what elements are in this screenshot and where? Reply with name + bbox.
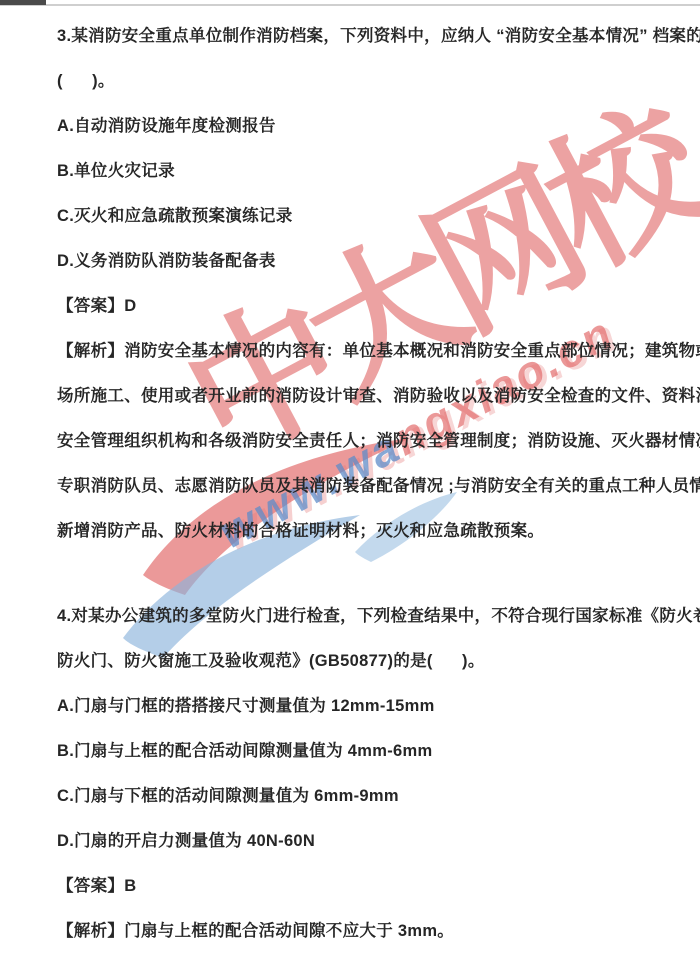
analysis-line: 【解析】消防安全基本情况的内容有：单位基本概况和消防安全重点部位情况；建筑物或者 (57, 329, 670, 374)
option-line: B.门扇与上框的配合活动间隙测量值为 4mm-6mm (57, 729, 670, 774)
document-content: 3.某消防安全重点单位制作消防档案，下列资料中，应纳人 “消防安全基本情况” 档… (0, 0, 700, 954)
analysis-line: 新增消防产品、防火材料的合格证明材料；灭火和应急疏散预案。 (57, 509, 670, 554)
option-line: D.义务消防队消防装备配备表 (57, 239, 670, 284)
analysis-line: 【解析】门扇与上框的配合活动间隙不应大于 3mm。 (57, 909, 670, 954)
answer-line: 【答案】D (57, 284, 670, 329)
analysis-line: 场所施工、使用或者开业前的消防设计审查、消防验收以及消防安全检查的文件、资料消防 (57, 374, 670, 419)
question-spacer (57, 554, 670, 594)
analysis-line: 专职消防队员、志愿消防队员及其消防装备配备情况 ;与消防安全有关的重点工种人员情… (57, 464, 670, 509)
analysis-line: 安全管理组织机构和各级消防安全责任人；消防安全管理制度；消防设施、灭火器材情况； (57, 419, 670, 464)
option-line: B.单位火灾记录 (57, 149, 670, 194)
option-line: A.自动消防设施年度检测报告 (57, 104, 670, 149)
exam-document-page: 中大网校 www.wangxiao.cn 3.某消防安全重点单位制作消防档案，下… (0, 0, 700, 975)
option-line: A.门扇与门框的搭搭接尺寸测量值为 12mm-15mm (57, 684, 670, 729)
question-stem-line: 3.某消防安全重点单位制作消防档案，下列资料中，应纳人 “消防安全基本情况” 档… (57, 14, 670, 59)
answer-line: 【答案】B (57, 864, 670, 909)
question-stem-line: 防火门、防火窗施工及验收观范》(GB50877)的是( )。 (57, 639, 670, 684)
question-stem-line: 4.对某办公建筑的多堂防火门进行检查，下列检查结果中，不符合现行国家标准《防火卷… (57, 594, 670, 639)
option-line: C.灭火和应急疏散预案演练记录 (57, 194, 670, 239)
question-stem-line: ( )。 (57, 59, 670, 104)
option-line: D.门扇的开启力测量值为 40N-60N (57, 819, 670, 864)
option-line: C.门扇与下框的活动间隙测量值为 6mm-9mm (57, 774, 670, 819)
